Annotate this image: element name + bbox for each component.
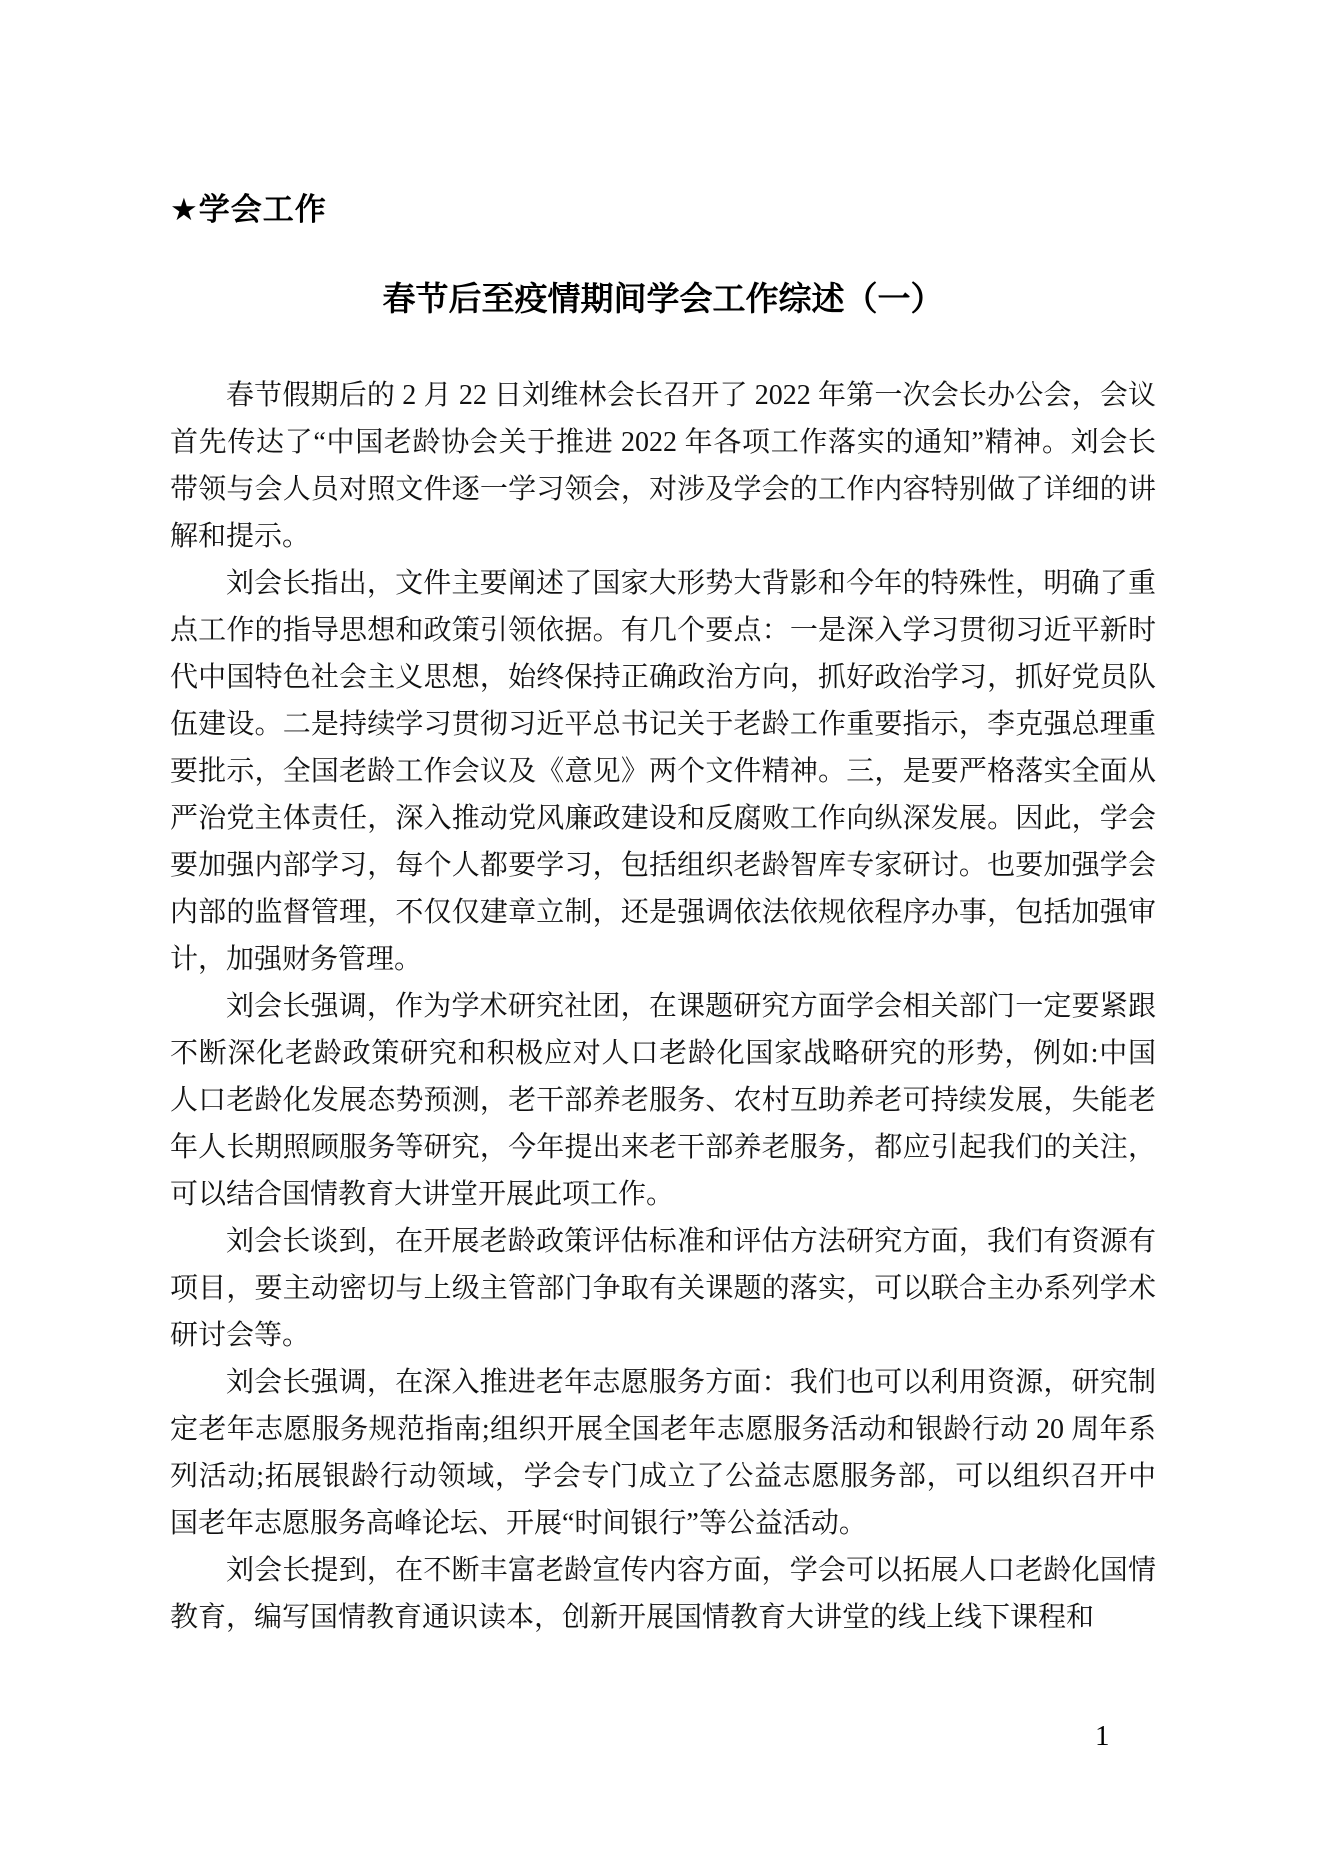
body-paragraph: 刘会长指出，文件主要阐述了国家大形势大背影和今年的特殊性，明确了重点工作的指导思… — [170, 560, 1156, 983]
document-page: ★学会工作 春节后至疫情期间学会工作综述（一） 春节假期后的 2 月 22 日刘… — [0, 0, 1323, 1871]
body-paragraph: 刘会长强调，作为学术研究社团，在课题研究方面学会相关部门一定要紧跟不断深化老龄政… — [170, 983, 1156, 1218]
body-paragraph: 刘会长谈到，在开展老龄政策评估标准和评估方法研究方面，我们有资源有项目，要主动密… — [170, 1218, 1156, 1359]
page-content: ★学会工作 春节后至疫情期间学会工作综述（一） 春节假期后的 2 月 22 日刘… — [170, 192, 1156, 1641]
body-paragraph: 春节假期后的 2 月 22 日刘维林会长召开了 2022 年第一次会长办公会，会… — [170, 372, 1156, 560]
body-paragraph: 刘会长强调，在深入推进老年志愿服务方面：我们也可以利用资源，研究制定老年志愿服务… — [170, 1359, 1156, 1547]
page-title: 春节后至疫情期间学会工作综述（一） — [170, 280, 1156, 318]
page-number: 1 — [1095, 1720, 1110, 1753]
section-header: ★学会工作 — [170, 192, 1156, 228]
body-paragraph: 刘会长提到，在不断丰富老龄宣传内容方面，学会可以拓展人口老龄化国情教育，编写国情… — [170, 1547, 1156, 1641]
document-body: 春节假期后的 2 月 22 日刘维林会长召开了 2022 年第一次会长办公会，会… — [170, 372, 1156, 1641]
